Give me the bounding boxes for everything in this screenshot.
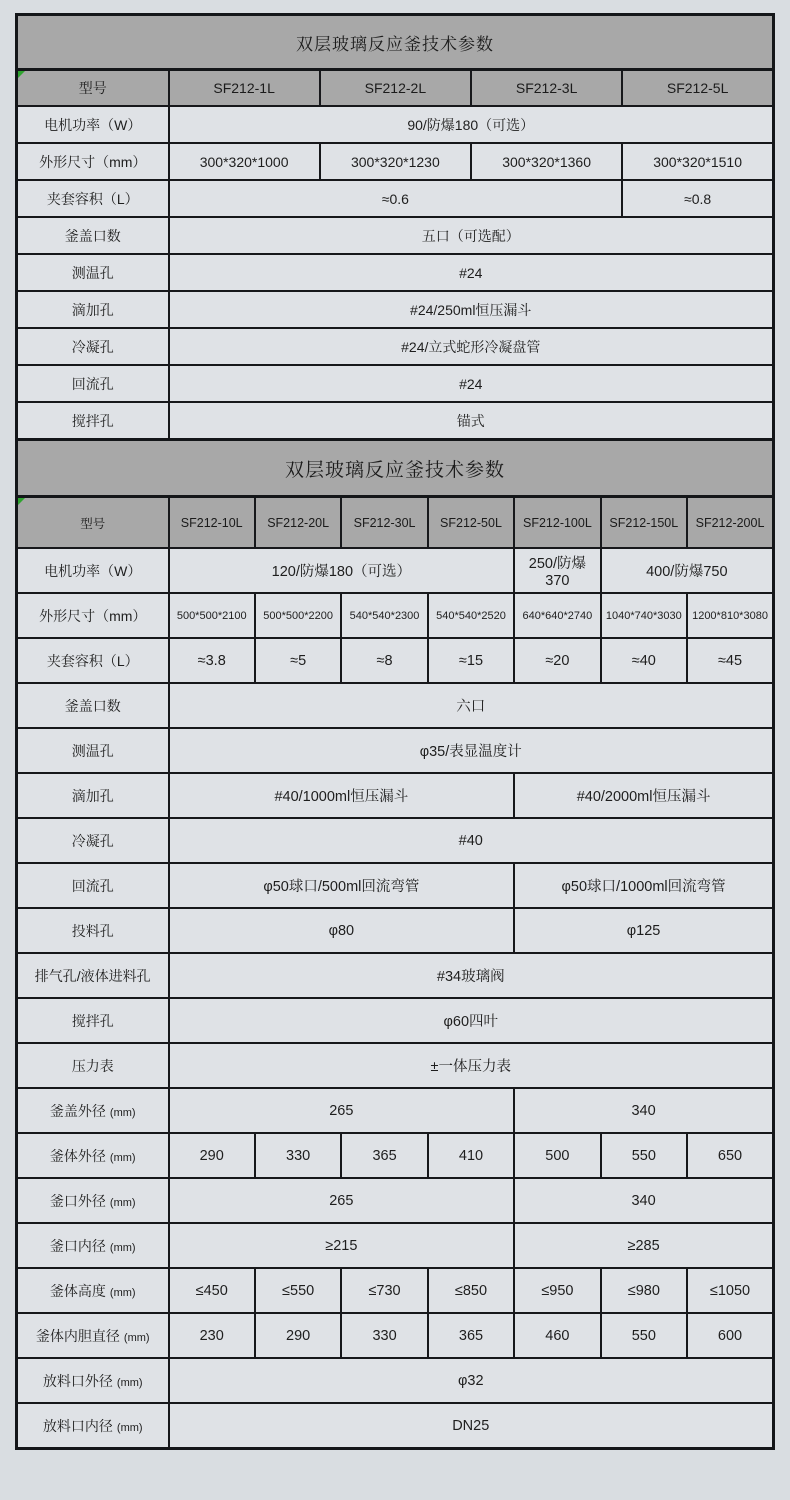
spec-label-cell: 投料孔: [17, 908, 169, 953]
spec-label-text: 外形尺寸（mm）: [39, 608, 146, 624]
model-header-cell: SF212-20L: [255, 497, 341, 549]
spec-value-cell: 500: [514, 1133, 600, 1178]
model-header-cell: SF212-200L: [687, 497, 773, 549]
spec-label-cell: 电机功率（W）: [17, 548, 169, 593]
spec-value-cell: 540*540*2520: [428, 593, 514, 638]
model-header-cell: SF212-3L: [471, 70, 622, 107]
model-column-label: 型号: [17, 70, 169, 107]
spec-label-text: 搅拌孔: [72, 1013, 114, 1029]
spec-row: 搅拌孔锚式: [17, 402, 774, 440]
spec-table-small-models: 双层玻璃反应釜技术参数型号SF212-1LSF212-2LSF212-3LSF2…: [15, 13, 775, 441]
spec-label-cell: 电机功率（W）: [17, 106, 169, 143]
spec-value-cell: #40/1000ml恒压漏斗: [169, 773, 515, 818]
spec-label-unit: (mm): [110, 1242, 136, 1254]
spec-label-cell: 测温孔: [17, 728, 169, 773]
spec-value-cell: ≈5: [255, 638, 341, 683]
spec-value-cell: 500*500*2200: [255, 593, 341, 638]
spec-value-cell: 640*640*2740: [514, 593, 600, 638]
spec-value-cell: #24: [169, 254, 774, 291]
table-title: 双层玻璃反应釜技术参数: [17, 15, 774, 70]
spec-row: 排气孔/液体进料孔#34玻璃阀: [17, 953, 774, 998]
spec-label-text: 测温孔: [72, 743, 114, 759]
spec-value-cell: 230: [169, 1313, 255, 1358]
spec-row: 测温孔#24: [17, 254, 774, 291]
spec-value-cell: φ60四叶: [169, 998, 774, 1043]
spec-value-cell: 460: [514, 1313, 600, 1358]
spec-value-cell: 六口: [169, 683, 774, 728]
spec-value-cell: 120/防爆180（可选）: [169, 548, 515, 593]
model-header-cell: SF212-30L: [341, 497, 427, 549]
spec-label-cell: 排气孔/液体进料孔: [17, 953, 169, 998]
spec-row: 釜盖口数六口: [17, 683, 774, 728]
spec-label-cell: 回流孔: [17, 365, 169, 402]
spec-label-text: 搅拌孔: [72, 413, 114, 429]
spec-row: 冷凝孔#40: [17, 818, 774, 863]
spec-label-cell: 釜口内径(mm): [17, 1223, 169, 1268]
spec-value-cell: 365: [341, 1133, 427, 1178]
spec-value-cell: ≥215: [169, 1223, 515, 1268]
spec-label-unit: (mm): [124, 1332, 150, 1344]
model-header-cell: SF212-100L: [514, 497, 600, 549]
spec-row: 电机功率（W）120/防爆180（可选）250/防爆370400/防爆750: [17, 548, 774, 593]
spec-row: 测温孔φ35/表显温度计: [17, 728, 774, 773]
spec-value-cell: 300*320*1230: [320, 143, 471, 180]
spec-label-text: 釜盖口数: [65, 698, 121, 714]
spec-value-cell: #40: [169, 818, 774, 863]
spec-value-cell: #24/250ml恒压漏斗: [169, 291, 774, 328]
spec-value-cell: 330: [255, 1133, 341, 1178]
spec-row: 釜口内径(mm)≥215≥285: [17, 1223, 774, 1268]
spec-value-cell: ≤730: [341, 1268, 427, 1313]
spec-row: 外形尺寸（mm）300*320*1000300*320*1230300*320*…: [17, 143, 774, 180]
spec-value-cell: φ125: [514, 908, 773, 953]
spec-label-text: 釜盖口数: [65, 228, 121, 244]
model-column-label: 型号: [17, 497, 169, 549]
spec-label-cell: 釜体高度(mm): [17, 1268, 169, 1313]
spec-row: 投料孔φ80φ125: [17, 908, 774, 953]
spec-label-cell: 放料口外径(mm): [17, 1358, 169, 1403]
model-header-row: 型号SF212-1LSF212-2LSF212-3LSF212-5L: [17, 70, 774, 107]
spec-value-cell: 300*320*1000: [169, 143, 320, 180]
spec-label-text: 排气孔/液体进料孔: [35, 968, 151, 984]
spec-label-cell: 压力表: [17, 1043, 169, 1088]
spec-value-cell: 五口（可选配）: [169, 217, 774, 254]
spec-value-cell: ≈40: [601, 638, 687, 683]
spec-label-text: 外形尺寸（mm）: [39, 154, 146, 170]
spec-value-cell: 300*320*1510: [622, 143, 773, 180]
spec-value-cell: ≤550: [255, 1268, 341, 1313]
spec-label-cell: 滴加孔: [17, 773, 169, 818]
table-title-row: 双层玻璃反应釜技术参数: [17, 15, 774, 70]
spec-value-cell: 90/防爆180（可选）: [169, 106, 774, 143]
spec-sheet: 双层玻璃反应釜技术参数型号SF212-1LSF212-2LSF212-3LSF2…: [0, 0, 790, 1450]
spec-label-cell: 冷凝孔: [17, 818, 169, 863]
spec-label-text: 釜口内径: [50, 1238, 106, 1254]
spec-label-cell: 测温孔: [17, 254, 169, 291]
spec-value-cell: ±一体压力表: [169, 1043, 774, 1088]
spec-row: 外形尺寸（mm）500*500*2100500*500*2200540*540*…: [17, 593, 774, 638]
spec-value-cell: 330: [341, 1313, 427, 1358]
spec-label-cell: 外形尺寸（mm）: [17, 143, 169, 180]
spec-value-cell: ≈8: [341, 638, 427, 683]
model-header-row: 型号SF212-10LSF212-20LSF212-30LSF212-50LSF…: [17, 497, 774, 549]
spec-value-cell: 365: [428, 1313, 514, 1358]
spec-value-cell: 1040*740*3030: [601, 593, 687, 638]
spec-value-cell: DN25: [169, 1403, 774, 1449]
spec-value-cell: ≤980: [601, 1268, 687, 1313]
spec-value-cell: ≤850: [428, 1268, 514, 1313]
spec-value-cell: #40/2000ml恒压漏斗: [514, 773, 773, 818]
spec-label-cell: 搅拌孔: [17, 998, 169, 1043]
spec-row: 夹套容积（L）≈3.8≈5≈8≈15≈20≈40≈45: [17, 638, 774, 683]
spec-row: 压力表±一体压力表: [17, 1043, 774, 1088]
model-header-cell: SF212-50L: [428, 497, 514, 549]
spec-row: 放料口外径(mm)φ32: [17, 1358, 774, 1403]
spec-value-cell: ≈0.8: [622, 180, 773, 217]
model-header-cell: SF212-5L: [622, 70, 773, 107]
spec-value-cell: 340: [514, 1088, 773, 1133]
spec-row: 放料口内径(mm)DN25: [17, 1403, 774, 1449]
spec-row: 电机功率（W）90/防爆180（可选）: [17, 106, 774, 143]
spec-label-text: 釜盖外径: [50, 1103, 106, 1119]
model-header-cell: SF212-1L: [169, 70, 320, 107]
spec-label-text: 釜体外径: [50, 1148, 106, 1164]
model-column-label-text: 型号: [80, 517, 105, 531]
spec-row: 回流孔#24: [17, 365, 774, 402]
spec-row: 搅拌孔φ60四叶: [17, 998, 774, 1043]
spec-label-text: 釜体高度: [50, 1283, 106, 1299]
spec-value-cell: 265: [169, 1088, 515, 1133]
spec-value-cell: ≤450: [169, 1268, 255, 1313]
spec-row: 釜盖口数五口（可选配）: [17, 217, 774, 254]
spec-label-text: 滴加孔: [72, 788, 114, 804]
spec-value-cell: ≤950: [514, 1268, 600, 1313]
spec-value-cell: 500*500*2100: [169, 593, 255, 638]
spec-label-cell: 釜盖口数: [17, 683, 169, 728]
spec-value-cell: 300*320*1360: [471, 143, 622, 180]
spec-label-text: 夹套容积（L）: [47, 653, 139, 669]
spec-label-text: 釜体内胆直径: [36, 1328, 120, 1344]
spec-value-cell: 410: [428, 1133, 514, 1178]
spec-value-cell: 265: [169, 1178, 515, 1223]
spec-row: 釜体高度(mm)≤450≤550≤730≤850≤950≤980≤1050: [17, 1268, 774, 1313]
table-title-row: 双层玻璃反应釜技术参数: [17, 440, 774, 497]
spec-row: 夹套容积（L）≈0.6≈0.8: [17, 180, 774, 217]
spec-value-cell: φ32: [169, 1358, 774, 1403]
spec-label-cell: 釜体外径(mm): [17, 1133, 169, 1178]
spec-value-cell: #24/立式蛇形冷凝盘管: [169, 328, 774, 365]
table-title: 双层玻璃反应釜技术参数: [17, 440, 774, 497]
spec-row: 回流孔φ50球口/500ml回流弯管φ50球口/1000ml回流弯管: [17, 863, 774, 908]
spec-label-cell: 釜盖口数: [17, 217, 169, 254]
spec-row: 釜体内胆直径(mm)230290330365460550600: [17, 1313, 774, 1358]
spec-label-cell: 夹套容积（L）: [17, 180, 169, 217]
spec-value-cell: 650: [687, 1133, 773, 1178]
spec-value-cell: 1200*810*3080: [687, 593, 773, 638]
spec-label-cell: 搅拌孔: [17, 402, 169, 440]
spec-label-text: 放料口内径: [43, 1418, 113, 1434]
spec-label-text: 压力表: [72, 1058, 114, 1074]
green-corner-marker: [18, 498, 25, 505]
spec-label-text: 釜口外径: [50, 1193, 106, 1209]
spec-label-cell: 滴加孔: [17, 291, 169, 328]
spec-label-cell: 夹套容积（L）: [17, 638, 169, 683]
spec-label-cell: 釜口外径(mm): [17, 1178, 169, 1223]
spec-label-cell: 釜体内胆直径(mm): [17, 1313, 169, 1358]
spec-row: 滴加孔#40/1000ml恒压漏斗#40/2000ml恒压漏斗: [17, 773, 774, 818]
spec-value-cell: 550: [601, 1133, 687, 1178]
model-header-cell: SF212-2L: [320, 70, 471, 107]
spec-label-text: 滴加孔: [72, 302, 114, 318]
spec-value-cell: φ35/表显温度计: [169, 728, 774, 773]
spec-value-cell: ≈45: [687, 638, 773, 683]
spec-label-unit: (mm): [110, 1152, 136, 1164]
spec-label-cell: 外形尺寸（mm）: [17, 593, 169, 638]
model-header-cell: SF212-10L: [169, 497, 255, 549]
spec-value-cell: #34玻璃阀: [169, 953, 774, 998]
spec-label-text: 测温孔: [72, 265, 114, 281]
green-corner-marker: [18, 71, 25, 78]
spec-label-unit: (mm): [110, 1197, 136, 1209]
spec-label-unit: (mm): [117, 1377, 143, 1389]
spec-label-unit: (mm): [117, 1422, 143, 1434]
spec-label-text: 电机功率（W）: [44, 117, 141, 133]
spec-label-unit: (mm): [110, 1107, 136, 1119]
spec-label-text: 回流孔: [72, 376, 114, 392]
spec-value-cell: 340: [514, 1178, 773, 1223]
spec-value-cell: ≈3.8: [169, 638, 255, 683]
spec-row: 釜体外径(mm)290330365410500550650: [17, 1133, 774, 1178]
spec-label-cell: 回流孔: [17, 863, 169, 908]
model-header-cell: SF212-150L: [601, 497, 687, 549]
spec-value-cell: ≈20: [514, 638, 600, 683]
spec-label-text: 回流孔: [72, 878, 114, 894]
spec-label-unit: (mm): [110, 1287, 136, 1299]
spec-row: 釜口外径(mm)265340: [17, 1178, 774, 1223]
spec-label-text: 电机功率（W）: [44, 563, 141, 579]
spec-value-cell: ≈0.6: [169, 180, 623, 217]
spec-label-text: 冷凝孔: [72, 833, 114, 849]
spec-table-large-models: 双层玻璃反应釜技术参数型号SF212-10LSF212-20LSF212-30L…: [15, 438, 775, 1450]
spec-label-cell: 冷凝孔: [17, 328, 169, 365]
spec-label-text: 夹套容积（L）: [47, 191, 139, 207]
spec-value-cell: 290: [255, 1313, 341, 1358]
spec-row: 滴加孔#24/250ml恒压漏斗: [17, 291, 774, 328]
spec-value-cell: φ80: [169, 908, 515, 953]
spec-value-cell: ≤1050: [687, 1268, 773, 1313]
spec-value-cell: 250/防爆370: [514, 548, 600, 593]
spec-label-text: 投料孔: [72, 923, 114, 939]
spec-value-cell: φ50球口/500ml回流弯管: [169, 863, 515, 908]
spec-row: 冷凝孔#24/立式蛇形冷凝盘管: [17, 328, 774, 365]
spec-value-cell: 290: [169, 1133, 255, 1178]
spec-label-text: 放料口外径: [43, 1373, 113, 1389]
spec-value-cell: ≈15: [428, 638, 514, 683]
spec-value-cell: φ50球口/1000ml回流弯管: [514, 863, 773, 908]
spec-value-cell: 锚式: [169, 402, 774, 440]
spec-label-cell: 放料口内径(mm): [17, 1403, 169, 1449]
spec-row: 釜盖外径(mm)265340: [17, 1088, 774, 1133]
spec-value-cell: ≥285: [514, 1223, 773, 1268]
spec-value-cell: 600: [687, 1313, 773, 1358]
spec-label-cell: 釜盖外径(mm): [17, 1088, 169, 1133]
model-column-label-text: 型号: [79, 80, 107, 96]
spec-value-cell: 550: [601, 1313, 687, 1358]
spec-label-text: 冷凝孔: [72, 339, 114, 355]
spec-value-cell: 540*540*2300: [341, 593, 427, 638]
spec-value-cell: #24: [169, 365, 774, 402]
spec-value-cell: 400/防爆750: [601, 548, 774, 593]
